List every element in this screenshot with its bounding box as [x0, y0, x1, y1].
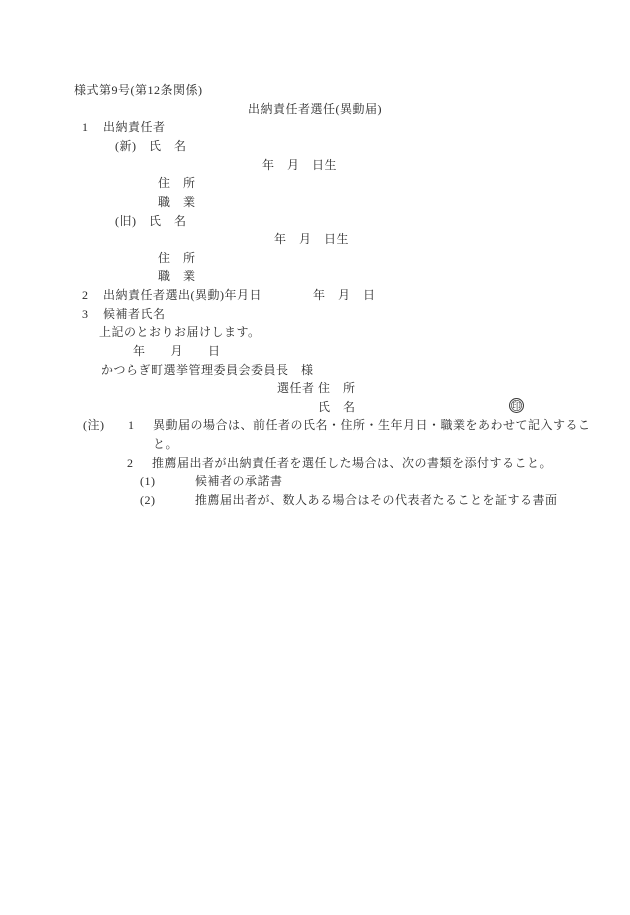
notes-label: (注) [83, 418, 105, 433]
note-2-sub-2-text: 推薦届出者が、数人ある場合はその代表者たることを証する書面 [195, 493, 558, 508]
note-1-number: 1 [128, 418, 135, 433]
item-2-number: 2 [82, 288, 89, 303]
new-address-label: 住 所 [158, 176, 196, 191]
new-occupation-label: 職 業 [158, 195, 196, 210]
item-2-date-label: 年 月 日 [313, 288, 376, 303]
submitter-label: 選任者 [277, 381, 315, 396]
note-1-text-line-2: と。 [153, 437, 178, 452]
document-title: 出納責任者選任(異動届) [0, 102, 630, 117]
note-2-sub-2-number: (2) [140, 493, 156, 508]
seal-icon: 印 [509, 398, 524, 413]
note-1-text-line-1: 異動届の場合は、前任者の氏名・住所・生年月日・職業をあわせて記入するこ [153, 418, 591, 433]
date-line: 年 月 日 [133, 344, 221, 359]
note-2-sub-1-number: (1) [140, 474, 156, 489]
old-birthdate-label: 年 月 日生 [274, 232, 349, 247]
old-address-label: 住 所 [158, 251, 196, 266]
declaration-text: 上記のとおりお届けします。 [99, 325, 261, 340]
item-3-heading: 候補者氏名 [103, 307, 166, 322]
submitter-name-label: 氏 名 [318, 400, 356, 415]
item-1-number: 1 [82, 120, 89, 135]
old-occupation-label: 職 業 [158, 269, 196, 284]
note-2-number: 2 [127, 456, 134, 471]
form-page: 様式第9号(第12条関係) 出納責任者選任(異動届) 1 出納責任者 (新) 氏… [0, 0, 630, 915]
item-1-heading: 出納責任者 [103, 120, 166, 135]
new-name-label: (新) 氏 名 [115, 139, 187, 154]
note-2-text: 推薦届出者が出納責任者を選任した場合は、次の書類を添付すること。 [152, 456, 552, 471]
note-2-sub-1-text: 候補者の承諾書 [195, 474, 283, 489]
submitter-address-label: 住 所 [318, 381, 356, 396]
addressee: かつらぎ町選挙管理委員会委員長 様 [101, 363, 314, 378]
form-number: 様式第9号(第12条関係) [74, 83, 203, 98]
item-3-number: 3 [82, 307, 89, 322]
item-2-heading: 出納責任者選出(異動)年月日 [103, 288, 262, 303]
new-birthdate-label: 年 月 日生 [262, 158, 337, 173]
old-name-label: (旧) 氏 名 [115, 214, 187, 229]
